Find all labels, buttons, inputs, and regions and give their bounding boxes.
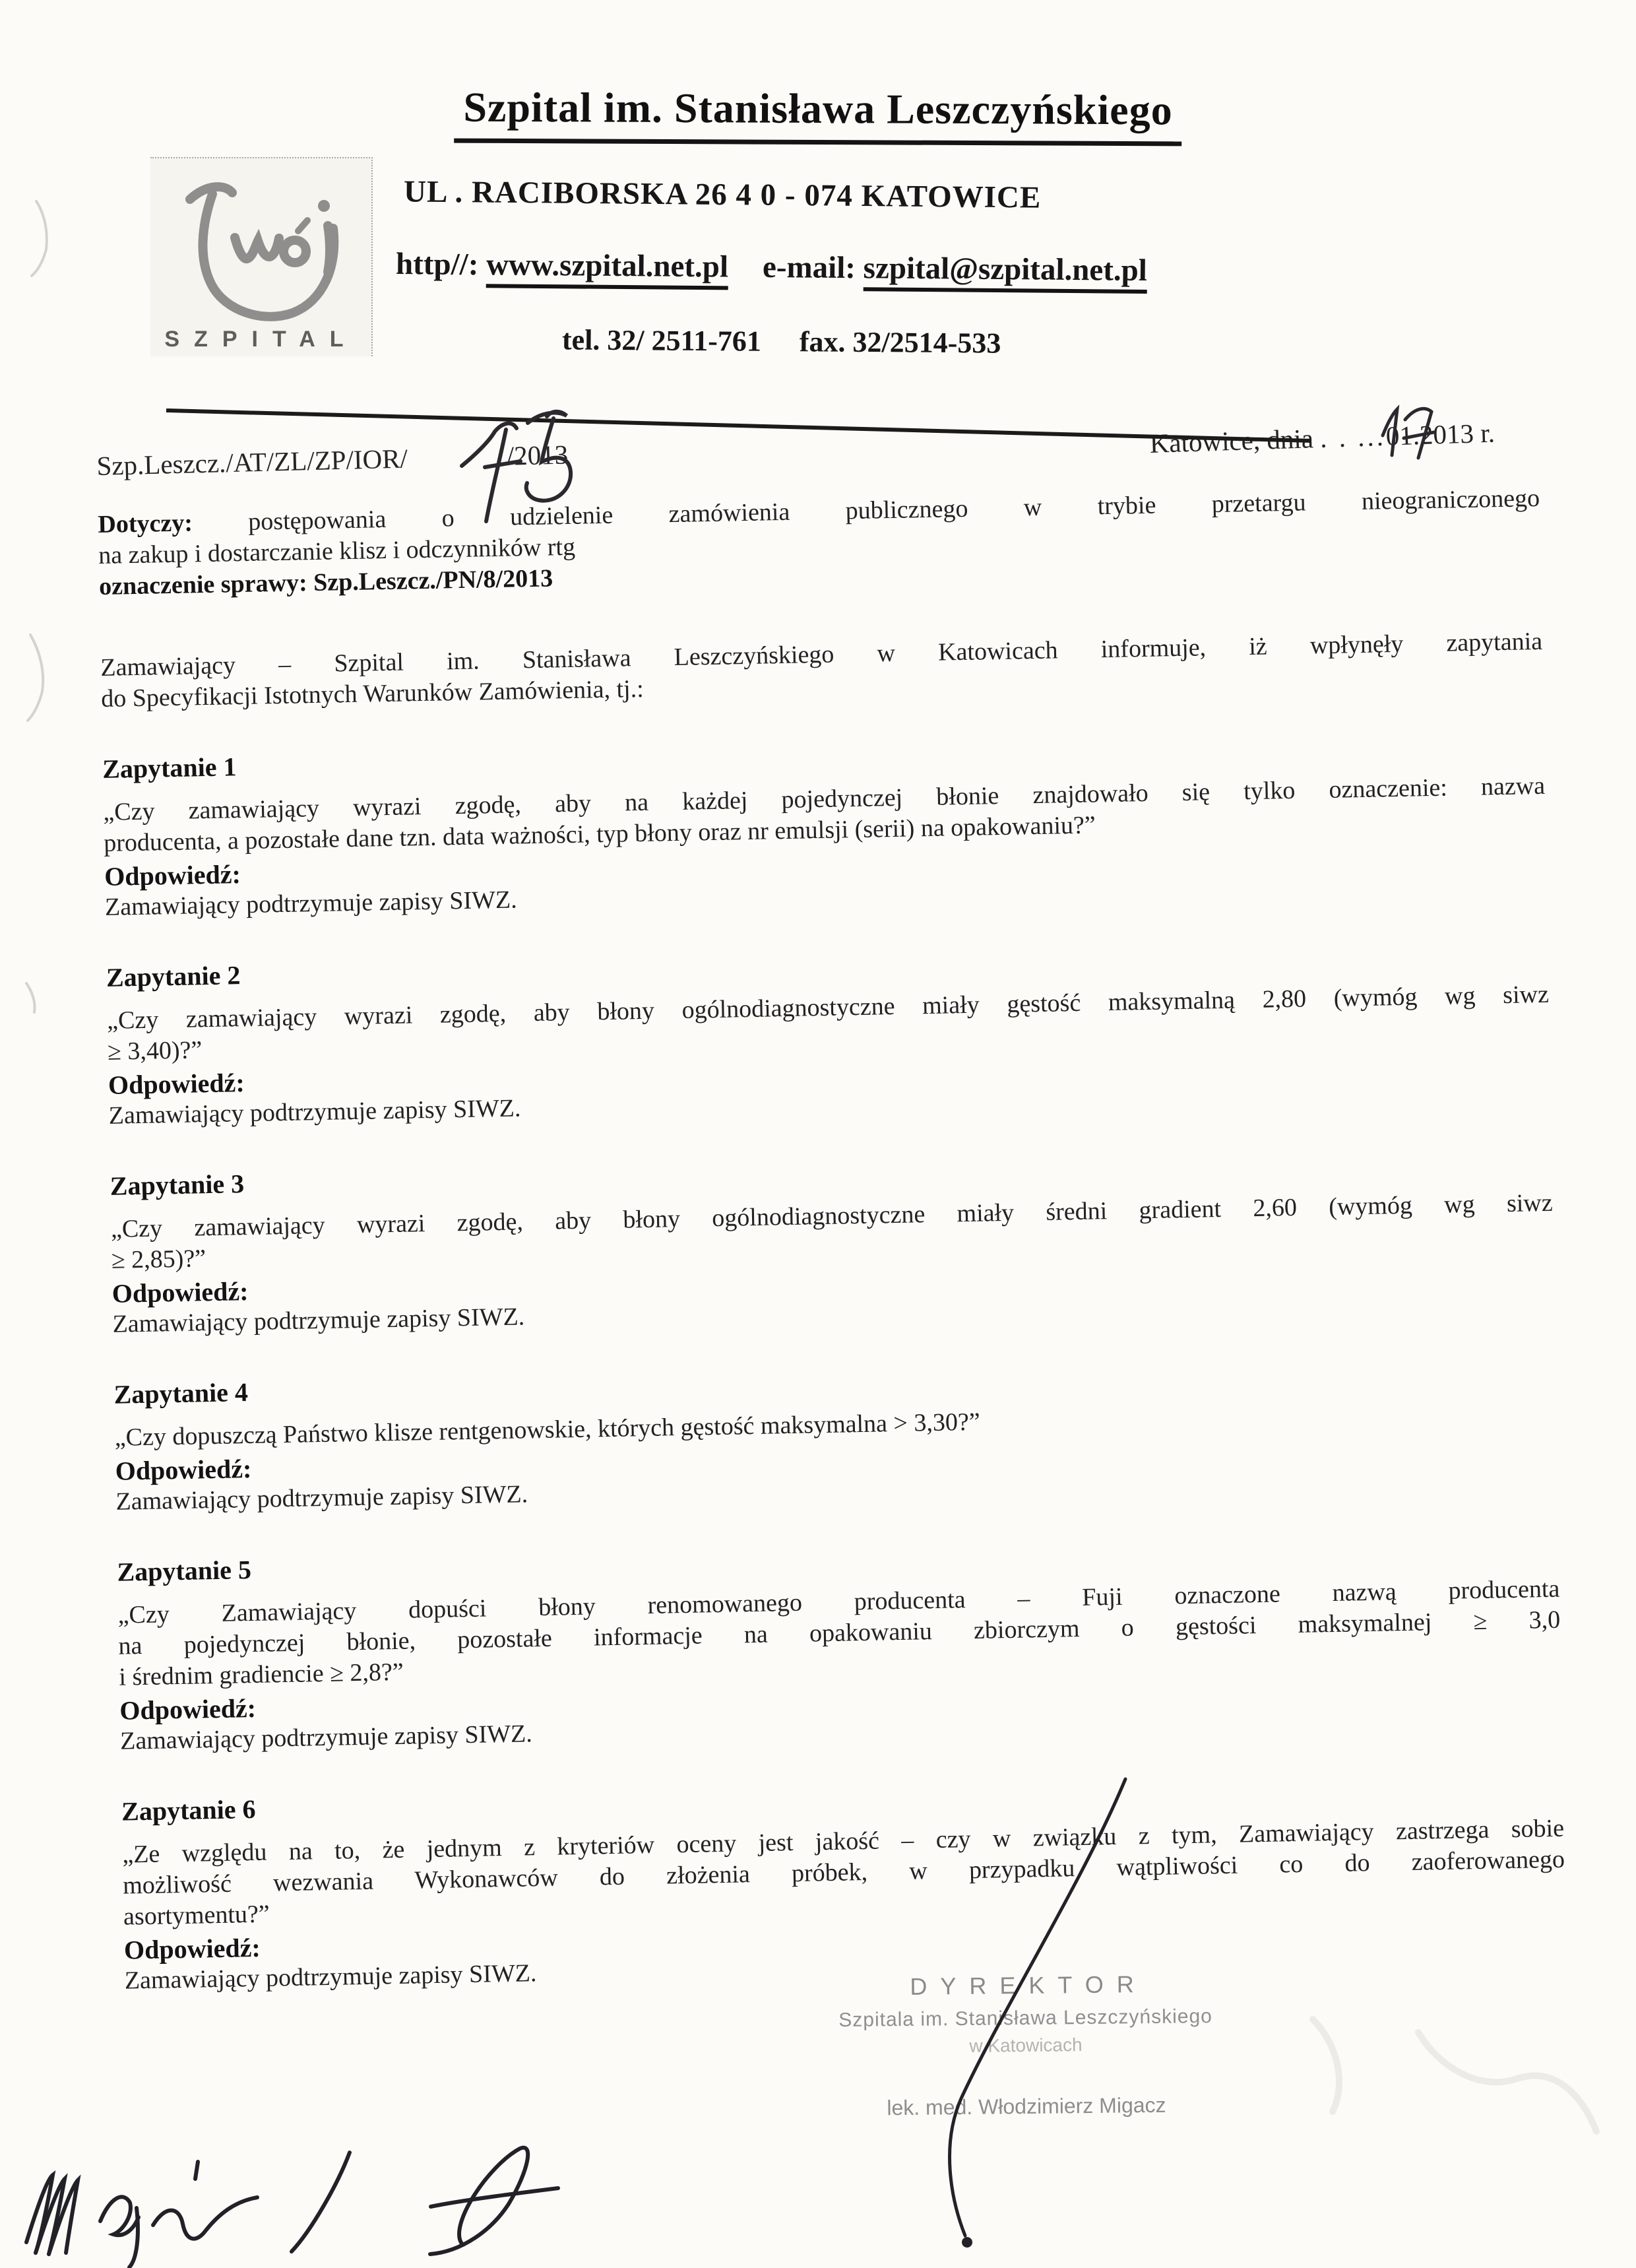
- address-line: UL . RACIBORSKA 26 4 0 - 074 KATOWICE: [404, 174, 1042, 215]
- intro-paragraph: Zamawiający – Szpital im. Stanisława Les…: [100, 626, 1543, 715]
- reference-line: Szp.Leszcz./AT/ZL/ZP/IOR//2013 75: [96, 439, 569, 482]
- subject-paragraph: Dotyczy: postępowania o udzielenie zamów…: [98, 483, 1541, 602]
- questions: Zapytanie 1 „Czy zamawiający wyrazi zgod…: [102, 727, 1567, 1997]
- stamp-director-name: lek. med. Włodzimierz Migacz: [812, 2092, 1241, 2122]
- phone-fax-line: tel. 32/ 2511-761fax. 32/2514-533: [562, 323, 1001, 360]
- web-email-line: http//: www.szpital.net.ple-mail: szpita…: [396, 246, 1147, 288]
- question-section: Zapytanie 5 „Czy Zamawiający dopuści bło…: [117, 1530, 1562, 1757]
- question-section: Zapytanie 1 „Czy zamawiający wyrazi zgod…: [102, 727, 1547, 923]
- email-label: e-mail:: [763, 250, 856, 285]
- email-link[interactable]: szpital@szpital.net.pl: [863, 251, 1147, 294]
- reference-suffix: /2013: [506, 439, 569, 471]
- phone-number: tel. 32/ 2511-761: [562, 323, 761, 357]
- letter-body: Dotyczy: postępowania o udzielenie zamów…: [98, 483, 1567, 1997]
- stamp-org-line1: Szpitala im. Stanisława Leszczyńskiego: [811, 2005, 1240, 2032]
- page-title: Szpital im. Stanisława Leszczyńskiego: [454, 83, 1182, 146]
- director-stamp: DYREKTOR Szpitala im. Stanisława Leszczy…: [811, 1970, 1241, 2122]
- question-section: Zapytanie 3 „Czy zamawiający wyrazi zgod…: [110, 1144, 1554, 1340]
- website-link[interactable]: www.szpital.net.pl: [486, 247, 728, 290]
- hospital-logo: SZPITAL SZPITAL: [150, 157, 373, 356]
- handwritten-scribble: [26, 2162, 257, 2267]
- question-section: Zapytanie 4 „Czy dopuszczą Państwo klisz…: [113, 1353, 1557, 1518]
- question-section: Zapytanie 2 „Czy zamawiający wyrazi zgod…: [106, 936, 1551, 1132]
- date-line: Katowice, dnia . . ...01.2013 r. 17: [1149, 417, 1495, 459]
- reference-prefix: Szp.Leszcz./AT/ZL/ZP/IOR/: [96, 443, 408, 481]
- subject-label: Dotyczy:: [98, 509, 193, 538]
- smile-logo-icon: SZPITAL: [150, 158, 371, 356]
- faint-watermark: [1313, 2019, 1596, 2131]
- handwritten-slash: [292, 2153, 350, 2252]
- header-divider-line: [166, 410, 1311, 441]
- fax-number: fax. 32/2514-533: [800, 325, 1001, 359]
- stamp-title: DYREKTOR: [817, 1970, 1240, 2002]
- web-label: http//:: [396, 247, 479, 282]
- handwritten-four: [430, 2148, 558, 2254]
- date-dots: . . .: [1319, 422, 1368, 453]
- scanned-letter-page: Szpital im. Stanisława Leszczyńskiego SZ…: [0, 0, 1636, 2268]
- logo-subtitle: SZPITAL: [164, 327, 358, 352]
- question-section: Zapytanie 6 „Ze względu na to, że jednym…: [121, 1770, 1567, 1997]
- pencil-mark-artifacts: [26, 201, 47, 1012]
- stamp-org-line2: w Katowicach: [811, 2033, 1240, 2059]
